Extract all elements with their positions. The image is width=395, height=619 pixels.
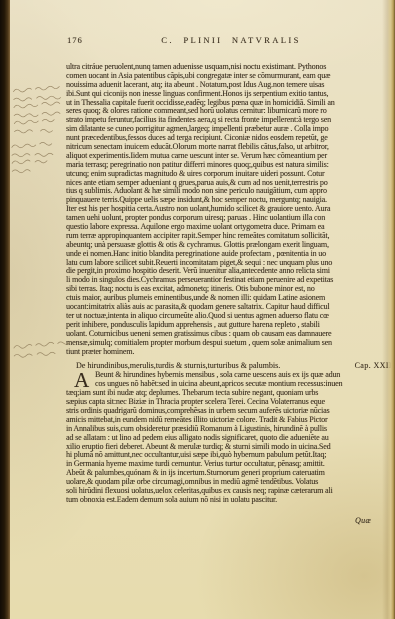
text-line: tæq;iam sunt ibi nudæ atq; deplumes. The… — [66, 389, 395, 398]
text-line: Abeũt & palumbes,quónam & in ijs incertu… — [66, 469, 395, 478]
text-line: seres quoq; & olores ratione commeant,se… — [66, 107, 395, 116]
text-line: rum terræ appropinquantem accipiter rapi… — [66, 232, 395, 241]
text-line: ut in Thessalia capitale fuerit occidiss… — [66, 99, 395, 108]
chapter-title: De hirundinibus,merulis,turdis & sturnis… — [76, 361, 280, 370]
text-line: xilio eruptio fieri deberet. Abeunt & me… — [66, 443, 395, 452]
paragraph-swallows: Beunt & hirundines hybernis mensibus , s… — [66, 371, 395, 504]
drop-cap-initial: A — [74, 371, 89, 389]
text-line: stris ordinis quadrigarũ dominus,compreh… — [66, 407, 395, 416]
text-line: tiunt præter hominem. — [66, 348, 395, 357]
text-line: nunt præcedentibus,fessos duces ad terga… — [66, 134, 395, 143]
handwritten-margin-note-upper — [11, 85, 68, 138]
text-line: pinquauere terris.Quippe uelis sæpe insi… — [66, 196, 395, 205]
text-line: uolare,& quodam pilæ orbe circumagi,omni… — [66, 478, 395, 487]
text-line: Beunt & hirundines hybernis mensibus , s… — [66, 371, 395, 380]
page-edge — [382, 0, 395, 619]
paragraph-bird-migration: ultra citráue peruolent,nunq tamen aduen… — [66, 63, 395, 356]
text-line: sibi terras. Itaq; noctu is eas excitat,… — [66, 285, 395, 294]
text-line: soli hirũdini flexuosi uolatus,uelox cel… — [66, 487, 395, 496]
text-line: cos ungues nõ habẽt:sed in uicina abeunt… — [66, 380, 395, 389]
book-spine-edge — [0, 0, 10, 619]
main-text-block: ultra citráue peruolent,nunq tamen aduen… — [66, 63, 395, 505]
text-line: unde ei nomen.Hanc initio blandita pereg… — [66, 250, 395, 259]
text-line: aliquot experimentis.Iidem mutua carne u… — [66, 152, 395, 161]
text-line: ibi.Sunt qui ciconijs non inesse linguas… — [66, 90, 395, 99]
text-line: tius q sublimis. Aduolant & hæ simili mo… — [66, 187, 395, 196]
book-page-scan: 176 C. PLINII NATVRALIS ultra citráue pe… — [0, 0, 395, 619]
text-line: ctuis maior, auribus plumeis eminentibus… — [66, 294, 395, 303]
text-line: latu cum labore scilicet subit.Reuerti i… — [66, 259, 395, 268]
text-line: hi plumã nõ amittunt,nec occultantur,uis… — [66, 451, 395, 460]
text-line: amicis mittebat,in eundem nidũ remeãtes … — [66, 416, 395, 425]
handwritten-margin-note-lower — [12, 340, 77, 362]
text-line: tamen uehi uolunt, propter pondus corpor… — [66, 214, 395, 223]
chapter-heading: De hirundinibus,merulis,turdis & sturnis… — [66, 361, 395, 370]
text-line: ter ut noctuæ,intenta in aliquo circumeũ… — [66, 312, 395, 321]
text-line: maria terrasq; peregrinatio non patitur … — [66, 161, 395, 170]
text-line: abeuntq; unà persuasæ glottis & otis & c… — [66, 241, 395, 250]
paper: 176 C. PLINII NATVRALIS ultra citráue pe… — [10, 0, 395, 619]
text-line: nouissima aduenit lacerant, atq; ita abe… — [66, 81, 395, 90]
text-line: sim dilatante se cuneo porrigitur agmen,… — [66, 125, 395, 134]
text-line: comen uocant in Asia patentibus cãpis,ub… — [66, 72, 395, 81]
text-line: tum obnoxia est.Eadem demum sola auium n… — [66, 496, 395, 505]
text-line: mensæ,simulq; comitialem propter morbum … — [66, 339, 395, 348]
text-line: perit inhibere, pondusculis lapidum appr… — [66, 321, 395, 330]
text-line: utcunq; enim supradictas magnitudo & uir… — [66, 170, 395, 179]
text-line: uocant:imitatrix aliàs auis ac parasita,… — [66, 303, 395, 312]
page-header: 176 C. PLINII NATVRALIS — [66, 35, 395, 45]
text-line: sæpius capta sit:nec Biziæ in Thracia pr… — [66, 398, 395, 407]
text-line: die pergit,in proximo hospitio deserit. … — [66, 267, 395, 276]
catchword: Quæ — [355, 516, 371, 525]
page-number: 176 — [67, 35, 83, 45]
text-line: Iter est his per hospitia certa.Austro n… — [66, 205, 395, 214]
text-line: uolant. Coturnicibus ueneni semen gratis… — [66, 330, 395, 339]
paragraph-swallows-wrapper: A Beunt & hirundines hybernis mensibus ,… — [66, 371, 395, 504]
text-line: in Annalibus suis,cum obsideretur præsid… — [66, 425, 395, 434]
text-line: li modo in singulos dies.Cychramus perse… — [66, 276, 395, 285]
text-line: ultra citráue peruolent,nunq tamen aduen… — [66, 63, 395, 72]
handwritten-margin-note-middle — [10, 142, 61, 177]
text-line: nitricum senectam inuicem educãt.Olorum … — [66, 143, 395, 152]
text-line: strato impetu feruntur,facilius ita find… — [66, 116, 395, 125]
text-line: nices ante etiam semper adueniant q grue… — [66, 179, 395, 188]
text-line: in Germania hyeme maxime turdi cernuntur… — [66, 460, 395, 469]
text-line: questio labore expressa. Aquilone ergo m… — [66, 223, 395, 232]
running-title: C. PLINII NATVRALIS — [66, 35, 395, 45]
text-line: ad se allatam : ut lino ad pedem eius al… — [66, 434, 395, 443]
